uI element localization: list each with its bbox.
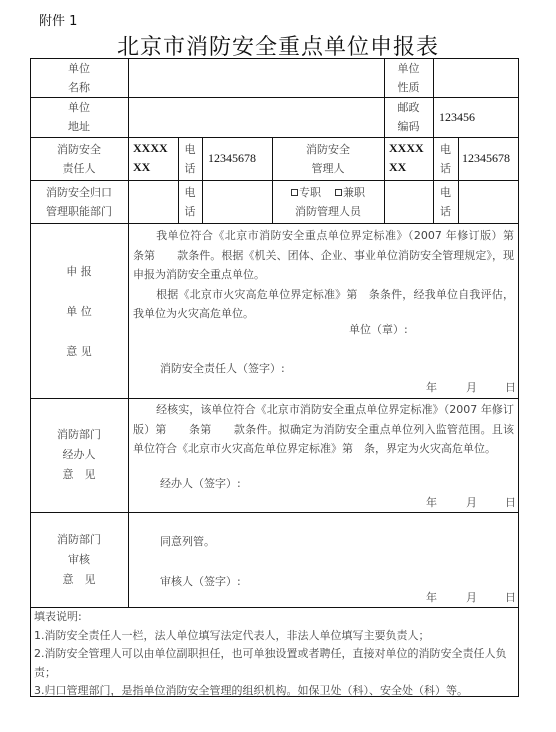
postal-code-field[interactable]: 123456 xyxy=(434,97,518,137)
fire-staff-label: 专职 兼职 消防管理人员 xyxy=(272,180,384,223)
label-line: 消防安全 xyxy=(306,140,350,159)
review-label: 消防部门 审核 意 见 xyxy=(30,512,128,607)
unit-nature-field[interactable] xyxy=(434,58,518,97)
unit-name-field[interactable] xyxy=(129,58,384,97)
parttime-checkbox[interactable] xyxy=(335,189,342,196)
label-line: 消防安全归口 xyxy=(46,183,112,202)
label-line: 电 xyxy=(440,140,451,159)
handler-text: 经核实，该单位符合《北京市消防安全重点单位界定标准》（2007 年修订版）第 条… xyxy=(133,400,514,459)
fire-staff-field[interactable] xyxy=(385,180,433,223)
phone-label: 电 话 xyxy=(178,180,202,223)
label-line: 单 位 xyxy=(30,303,128,319)
safety-manager-name[interactable]: XXXX XX xyxy=(389,139,433,179)
postal-code-label: 邮政 编码 xyxy=(384,97,433,137)
dept-label: 消防安全归口 管理职能部门 xyxy=(30,180,128,223)
date-day: 日 xyxy=(505,588,516,608)
handler-signature-line[interactable]: 经办人（签字）: xyxy=(160,474,241,494)
label-line: 名称 xyxy=(68,78,90,97)
label-line: 审核 xyxy=(68,550,90,570)
page-title: 北京市消防安全重点单位申报表 xyxy=(0,30,556,61)
fulltime-label: 专职 xyxy=(299,186,321,199)
attachment-label: 附件 1 xyxy=(39,10,77,29)
label-line: 消防部门 xyxy=(57,425,101,445)
declaration-paragraph: 我单位符合《北京市消防安全重点单位界定标准》（2007 年修订版）第 条第 款条… xyxy=(133,226,514,285)
reviewer-signature-line[interactable]: 审核人（签字）: xyxy=(160,572,241,592)
declaration-label: 申 报 单 位 意 见 xyxy=(30,223,128,398)
staff-type-options: 专职 兼职 xyxy=(291,183,365,202)
unit-name-label: 单位 名称 xyxy=(30,58,128,97)
handler-label: 消防部门 经办人 意 见 xyxy=(30,398,128,512)
label-line: 邮政 xyxy=(398,98,420,117)
label-line: 性质 xyxy=(398,78,420,97)
dept-phone[interactable] xyxy=(203,180,272,223)
phone-label: 电 话 xyxy=(433,137,458,180)
label-line: 意 见 xyxy=(63,570,96,590)
name-line: XXXX xyxy=(133,139,178,158)
label-line: 单位 xyxy=(68,59,90,78)
handler-paragraph: 经核实，该单位符合《北京市消防安全重点单位界定标准》（2007 年修订版）第 条… xyxy=(133,400,514,459)
label-line: 申 报 xyxy=(30,263,128,279)
label-line: 电 xyxy=(185,140,196,159)
label-line: 话 xyxy=(185,202,196,221)
date-year: 年 xyxy=(426,493,437,513)
unit-seal-line[interactable]: 单位（章）: xyxy=(349,320,408,340)
table-border xyxy=(518,58,519,697)
unit-address-field[interactable] xyxy=(129,97,384,137)
label-line: 消防安全 xyxy=(57,140,101,159)
col-divider xyxy=(128,58,129,607)
date-year: 年 xyxy=(426,588,437,608)
instruction-item: 2.消防安全管理人可以由单位副职担任，也可单独设置或者聘任，直接对单位的消防安全… xyxy=(34,645,518,682)
date-month: 月 xyxy=(466,378,477,398)
unit-address-label: 单位 地址 xyxy=(30,97,128,137)
safety-manager-label: 消防安全 管理人 xyxy=(272,137,384,180)
label-line: 管理人 xyxy=(312,159,345,178)
declaration-text: 我单位符合《北京市消防安全重点单位界定标准》（2007 年修订版）第 条第 款条… xyxy=(133,226,514,324)
label-line: 消防管理人员 xyxy=(295,202,361,221)
fill-instructions: 填表说明: 1.消防安全责任人一栏，法人单位填写法定代表人，非法人单位填写主要负… xyxy=(34,608,518,701)
name-line: XXXX xyxy=(389,139,433,158)
label-line: 经办人 xyxy=(63,445,96,465)
label-line: 消防部门 xyxy=(57,530,101,550)
instruction-item: 3.归口管理部门，是指单位消防安全管理的组织机构。如保卫处（科）、安全处（科）等… xyxy=(34,682,518,701)
label-line: 编码 xyxy=(398,117,420,136)
safety-responsible-name[interactable]: XXXX XX xyxy=(133,139,178,179)
label-line: 意 见 xyxy=(63,465,96,485)
phone-label: 电 话 xyxy=(433,180,458,223)
date-day: 日 xyxy=(505,378,516,398)
label-line: 管理职能部门 xyxy=(46,202,112,221)
phone-label: 电 话 xyxy=(178,137,202,180)
dept-field[interactable] xyxy=(129,180,178,223)
label-line: 电 xyxy=(185,183,196,202)
fulltime-checkbox[interactable] xyxy=(291,189,298,196)
safety-responsible-phone[interactable]: 12345678 xyxy=(203,137,272,180)
review-text: 同意列管。 xyxy=(160,532,215,552)
responsible-signature-line[interactable]: 消防安全责任人（签字）: xyxy=(160,359,285,379)
instructions-heading: 填表说明: xyxy=(34,608,518,627)
parttime-label: 兼职 xyxy=(343,186,365,199)
label-line: 话 xyxy=(440,159,451,178)
safety-manager-phone[interactable]: 12345678 xyxy=(459,137,518,180)
fire-staff-phone[interactable] xyxy=(459,180,518,223)
label-line: 单位 xyxy=(68,98,90,117)
date-month: 月 xyxy=(466,588,477,608)
declaration-paragraph: 根据《北京市火灾高危单位界定标准》第 条条件，经我单位自我评估，我单位为火灾高危… xyxy=(133,285,514,324)
label-line: 话 xyxy=(440,202,451,221)
name-line: XX xyxy=(389,158,433,177)
instruction-item: 1.消防安全责任人一栏，法人单位填写法定代表人，非法人单位填写主要负责人； xyxy=(34,627,518,646)
label-line: 单位 xyxy=(398,59,420,78)
date-year: 年 xyxy=(426,378,437,398)
date-month: 月 xyxy=(466,493,477,513)
label-line: 地址 xyxy=(68,117,90,136)
label-line: 意 见 xyxy=(30,343,128,359)
label-line: 电 xyxy=(440,183,451,202)
date-day: 日 xyxy=(505,493,516,513)
label-line: 责任人 xyxy=(63,159,96,178)
name-line: XX xyxy=(133,158,178,177)
unit-nature-label: 单位 性质 xyxy=(384,58,433,97)
label-line: 话 xyxy=(185,159,196,178)
safety-responsible-label: 消防安全 责任人 xyxy=(30,137,128,180)
